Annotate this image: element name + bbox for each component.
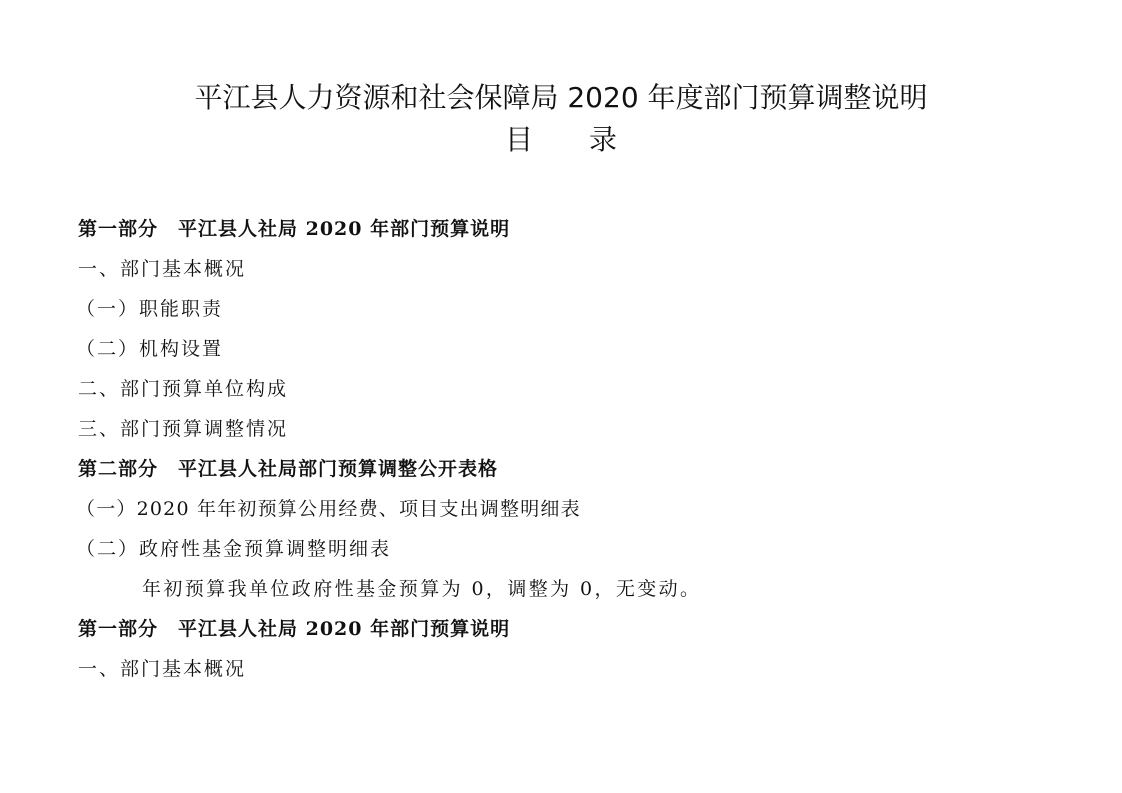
dept-overview-heading: 一、部门基本概况 <box>78 656 246 682</box>
toc-line-part1-heading: 第一部分 平江县人社局 2020 年部门预算说明 <box>78 216 510 242</box>
toc-line-budget-units: 二、部门预算单位构成 <box>78 376 288 402</box>
part1-heading-repeat: 第一部分 平江县人社局 2020 年部门预算说明 <box>78 616 510 642</box>
toc-line-org-setup: （二）机构设置 <box>76 336 223 362</box>
toc-line-gov-fund-table: （二）政府性基金预算调整明细表 <box>76 536 391 562</box>
toc-heading-char-1: 目 <box>505 120 533 160</box>
toc-heading: 目录 <box>0 120 1122 160</box>
toc-line-part2-heading: 第二部分 平江县人社局部门预算调整公开表格 <box>78 456 498 482</box>
toc-heading-char-2: 录 <box>589 120 617 160</box>
gov-fund-note: 年初预算我单位政府性基金预算为 0，调整为 0，无变动。 <box>142 576 701 602</box>
toc-line-public-funds-table: （一）2020 年年初预算公用经费、项目支出调整明细表 <box>76 496 581 522</box>
toc-line-dept-overview: 一、部门基本概况 <box>78 256 246 282</box>
toc-line-budget-adjustment: 三、部门预算调整情况 <box>78 416 288 442</box>
toc-line-functions: （一）职能职责 <box>76 296 223 322</box>
document-title: 平江县人力资源和社会保障局 2020 年度部门预算调整说明 <box>0 78 1122 118</box>
